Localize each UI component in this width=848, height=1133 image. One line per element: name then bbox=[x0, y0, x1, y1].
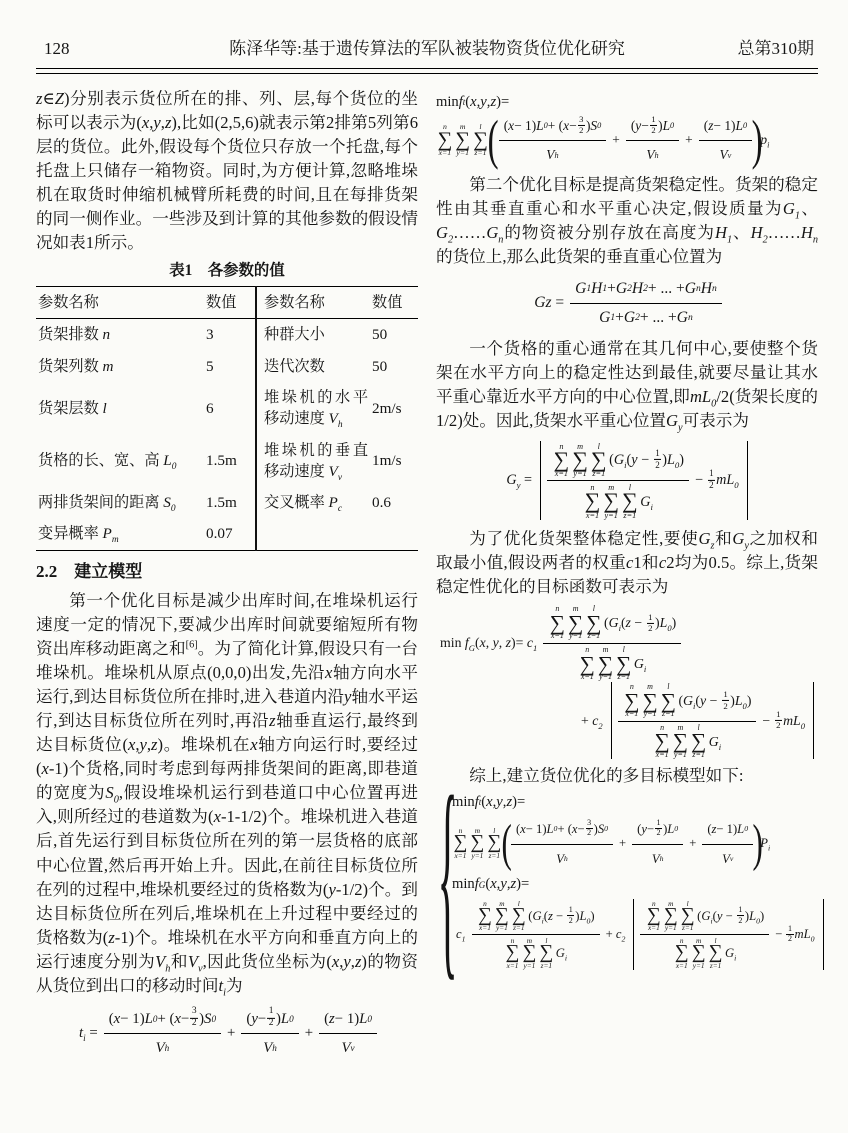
formula-lhs: Gz = bbox=[534, 291, 564, 315]
parameters-table: 参数名称 数值 参数名称 数值 货架排数 n 3 种群大小 50 货架列数 m … bbox=[36, 286, 418, 551]
minus-half-term: − 12mL0 bbox=[762, 709, 805, 733]
fraction-fg-z: n∑x=1m∑y=1l∑z=1(Gi(z − 12)L0) n∑x=1m∑y=1… bbox=[543, 604, 681, 682]
table-cell bbox=[370, 518, 418, 550]
section-heading: 2.2 建立模型 bbox=[36, 560, 418, 584]
fraction-x: (x − 1)L0 + (x − 32)S0 Vh bbox=[499, 113, 607, 167]
plus-operator: + bbox=[227, 1021, 235, 1045]
table-header-cell: 数值 bbox=[370, 287, 418, 319]
table-cell: 2m/s bbox=[370, 382, 418, 435]
left-column: z∈Z)分别表示货位所在的排、列、层,每个货位的坐标可以表示为(x,y,z),比… bbox=[36, 87, 418, 1066]
table-title: 表1 各参数的值 bbox=[36, 261, 418, 281]
minus-half-term: − 12mL0 bbox=[775, 922, 814, 946]
formula-ft-body: n∑x=1m∑y=1l∑z=1 ( (x − 1)L0 + (x − 32)S0… bbox=[436, 113, 818, 167]
absolute-value-group: n∑x=1m∑y=1l∑z=1(Gi(y − 12)L0) n∑x=1m∑y=1… bbox=[536, 441, 752, 521]
table-cell: 两排货架间的距离 S0 bbox=[36, 487, 204, 518]
triple-sum: n∑x=1m∑y=1l∑z=1 bbox=[436, 123, 489, 158]
fraction-x: (x − 1)L0 + (x − 32)S0 Vh bbox=[104, 1006, 221, 1060]
header-rule bbox=[36, 68, 818, 74]
triple-sum: n∑x=1m∑y=1l∑z=1 bbox=[552, 442, 608, 479]
formula-fg-line1: min fG(x, y, z)= c1 n∑x=1m∑y=1l∑z=1(Gi(z… bbox=[436, 604, 818, 682]
abs-bar bbox=[813, 682, 814, 760]
table-cell: 1.5m bbox=[204, 487, 256, 518]
triple-sum: n∑x=1m∑y=1l∑z=1 bbox=[673, 937, 724, 970]
triple-sum: n∑x=1m∑y=1l∑z=1 bbox=[548, 605, 603, 641]
table-cell: 堆垛机的水平移动速度 Vh bbox=[256, 382, 370, 435]
table-cell: 变异概率 Pm bbox=[36, 518, 204, 550]
system-brace: { bbox=[438, 769, 451, 993]
issue-label: 总第310期 bbox=[738, 34, 815, 59]
table-cell: 1.5m bbox=[204, 435, 256, 488]
fraction-y: (y − 12)L0 Vh bbox=[626, 113, 679, 167]
formula-travel-time: ti = (x − 1)L0 + (x − 32)S0 Vh + (y − 12… bbox=[36, 1006, 418, 1060]
fraction-z: (z − 1)L0 Vv bbox=[699, 113, 752, 167]
plus-operator: + bbox=[689, 831, 696, 855]
paper-page: 128 陈泽华等:基于遗传算法的军队被装物资货位优化研究 总第310期 z∈Z)… bbox=[0, 0, 848, 1133]
table-cell: 堆垛机的垂直移动速度 Vv bbox=[256, 435, 370, 488]
table-cell: 1m/s bbox=[370, 435, 418, 488]
formula-min-fg: min fG(x, y, z)= c1 n∑x=1m∑y=1l∑z=1(Gi(z… bbox=[436, 604, 818, 759]
page-header: 128 陈泽华等:基于遗传算法的军队被装物资货位优化研究 总第310期 bbox=[36, 34, 818, 68]
paragraph: 一个货格的重心通常在其几何中心,要使整个货架在水平方向上的稳定性达到最佳,就要尽… bbox=[436, 337, 818, 433]
triple-sum: n∑x=1m∑y=1l∑z=1 bbox=[477, 900, 528, 933]
formula-fg-head: min fG(x, y, z)= c1 bbox=[440, 631, 537, 655]
table-row: 两排货架间的距离 S0 1.5m 交叉概率 Pc 0.6 bbox=[36, 487, 418, 518]
page-content: 128 陈泽华等:基于遗传算法的军队被装物资货位优化研究 总第310期 z∈Z)… bbox=[36, 34, 818, 1065]
table-header-cell: 数值 bbox=[204, 287, 256, 319]
absolute-value-group: n∑x=1m∑y=1l∑z=1(Gi(y − 12)L0) n∑x=1m∑y=1… bbox=[607, 682, 818, 760]
plus-operator: + bbox=[612, 128, 620, 152]
formula-gz: Gz = G1H1 + G2H2 + ... + GnHn G1 + G2 + … bbox=[436, 276, 818, 330]
plus-operator: + bbox=[685, 128, 693, 152]
table-row: 变异概率 Pm 0.07 bbox=[36, 518, 418, 550]
abs-bar bbox=[633, 899, 634, 970]
page-number: 128 bbox=[44, 39, 70, 59]
triple-sum: n∑x=1m∑y=1l∑z=1 bbox=[452, 827, 503, 860]
triple-sum: n∑x=1m∑y=1l∑z=1 bbox=[623, 683, 678, 719]
table-cell: 迭代次数 bbox=[256, 351, 370, 382]
model-ft-head: min ft(x, y, z)= bbox=[452, 792, 818, 814]
two-column-body: z∈Z)分别表示货位所在的排、列、层,每个货位的坐标可以表示为(x,y,z),比… bbox=[36, 87, 818, 1066]
left-paren: ( bbox=[501, 821, 511, 866]
abs-bar bbox=[611, 682, 612, 760]
table-cell: 5 bbox=[204, 351, 256, 382]
table-cell: 50 bbox=[370, 351, 418, 382]
fraction-y: (y − 12)L0 Vh bbox=[241, 1006, 298, 1060]
table-cell: 3 bbox=[204, 319, 256, 351]
abs-bar bbox=[540, 441, 541, 521]
triple-sum: n∑x=1m∑y=1l∑z=1 bbox=[583, 483, 639, 520]
fraction-z: (z − 1)L0 Vv bbox=[319, 1006, 377, 1060]
formula-lhs: ti = bbox=[79, 1021, 98, 1045]
table-cell: 货架列数 m bbox=[36, 351, 204, 382]
triple-sum: n∑x=1m∑y=1l∑z=1 bbox=[653, 724, 708, 760]
table-cell: 6 bbox=[204, 382, 256, 435]
formula-gy: Gy = n∑x=1m∑y=1l∑z=1(Gi(y − 12)L0) n∑x=1… bbox=[436, 441, 818, 521]
formula-min-ft: min ft(x, y, z)= n∑x=1m∑y=1l∑z=1 ( (x − … bbox=[436, 92, 818, 168]
table-cell: 货架排数 n bbox=[36, 319, 204, 351]
paragraph: 第一个优化目标是减少出库时间,在堆垛机运行速度一定的情况下,要减少出库时间就要缩… bbox=[36, 589, 418, 999]
plus-operator: + bbox=[619, 831, 626, 855]
right-paren: ) bbox=[753, 821, 763, 866]
fraction-fg-y: n∑x=1m∑y=1l∑z=1(Gi(y − 12)L0) n∑x=1m∑y=1… bbox=[618, 682, 757, 760]
table-cell: 货格的长、宽、高 L0 bbox=[36, 435, 204, 488]
table-cell: 货架层数 l bbox=[36, 382, 204, 435]
fraction-gy: n∑x=1m∑y=1l∑z=1(Gi(y − 12)L0) n∑x=1m∑y=1… bbox=[547, 441, 689, 521]
formula-fg-line2: + c2 n∑x=1m∑y=1l∑z=1(Gi(y − 12)L0) n∑x=1… bbox=[436, 682, 818, 760]
table-header-cell: 参数名称 bbox=[36, 287, 204, 319]
table-cell: 0.07 bbox=[204, 518, 256, 550]
model-fg-head: min fG(x, y, z)= bbox=[452, 874, 818, 896]
abs-bar bbox=[823, 899, 824, 970]
triple-sum: n∑x=1m∑y=1l∑z=1 bbox=[645, 900, 696, 933]
plus-c2-term: + c2 bbox=[606, 922, 626, 946]
fraction-gz: G1H1 + G2H2 + ... + GnHn G1 + G2 + ... +… bbox=[570, 276, 722, 330]
model-lines: min ft(x, y, z)= n∑x=1m∑y=1l∑z=1 ( (x − … bbox=[452, 792, 818, 970]
table-cell: 50 bbox=[370, 319, 418, 351]
model-intro: 综上,建立货位优化的多目标模型如下: bbox=[436, 764, 818, 788]
table-cell: 0.6 bbox=[370, 487, 418, 518]
table-cell bbox=[256, 518, 370, 550]
table-cell: 种群大小 bbox=[256, 319, 370, 351]
triple-sum: n∑x=1m∑y=1l∑z=1 bbox=[504, 937, 555, 970]
paragraph: 为了优化货架整体稳定性,要使Gz和Gy之加权和取最小值,假设两者的权重c1和c2… bbox=[436, 527, 818, 599]
absolute-value-group: n∑x=1m∑y=1l∑z=1(Gi(y − 12)L0) n∑x=1m∑y=1… bbox=[629, 899, 818, 970]
plus-operator: + bbox=[305, 1021, 313, 1045]
right-paren: ) bbox=[752, 116, 763, 164]
running-title: 陈泽华等:基于遗传算法的军队被装物资货位优化研究 bbox=[229, 34, 625, 59]
left-paren: ( bbox=[488, 116, 499, 164]
multi-objective-model: { min ft(x, y, z)= n∑x=1m∑y=1l∑z=1 ( (x … bbox=[436, 792, 818, 970]
table-header-row: 参数名称 数值 参数名称 数值 bbox=[36, 287, 418, 319]
plus-c2-term: + c2 bbox=[581, 709, 603, 733]
model-fg-body: c1 n∑x=1m∑y=1l∑z=1(Gi(z − 12)L0) n∑x=1m∑… bbox=[452, 899, 818, 970]
model-ft-body: n∑x=1m∑y=1l∑z=1 ( (x − 1)L0 + (x − 32)S0… bbox=[452, 816, 818, 870]
paragraph-continuation: z∈Z)分别表示货位所在的排、列、层,每个货位的坐标可以表示为(x,y,z),比… bbox=[36, 87, 418, 256]
minus-half-term: − 12mL0 bbox=[695, 468, 739, 492]
abs-bar bbox=[747, 441, 748, 521]
table-row: 货架层数 l 6 堆垛机的水平移动速度 Vh 2m/s bbox=[36, 382, 418, 435]
right-column: min ft(x, y, z)= n∑x=1m∑y=1l∑z=1 ( (x − … bbox=[436, 87, 818, 1066]
paragraph: 第二个优化目标是提高货架稳定性。货架的稳定性由其垂直重心和水平重心决定,假设质量… bbox=[436, 173, 818, 269]
table-row: 货架排数 n 3 种群大小 50 bbox=[36, 319, 418, 351]
triple-sum: n∑x=1m∑y=1l∑z=1 bbox=[578, 646, 633, 682]
table-row: 货架列数 m 5 迭代次数 50 bbox=[36, 351, 418, 382]
table-row: 货格的长、宽、高 L0 1.5m 堆垛机的垂直移动速度 Vv 1m/s bbox=[36, 435, 418, 488]
table-header-cell: 参数名称 bbox=[256, 287, 370, 319]
table-cell: 交叉概率 Pc bbox=[256, 487, 370, 518]
formula-lhs: Gy = bbox=[506, 468, 532, 492]
